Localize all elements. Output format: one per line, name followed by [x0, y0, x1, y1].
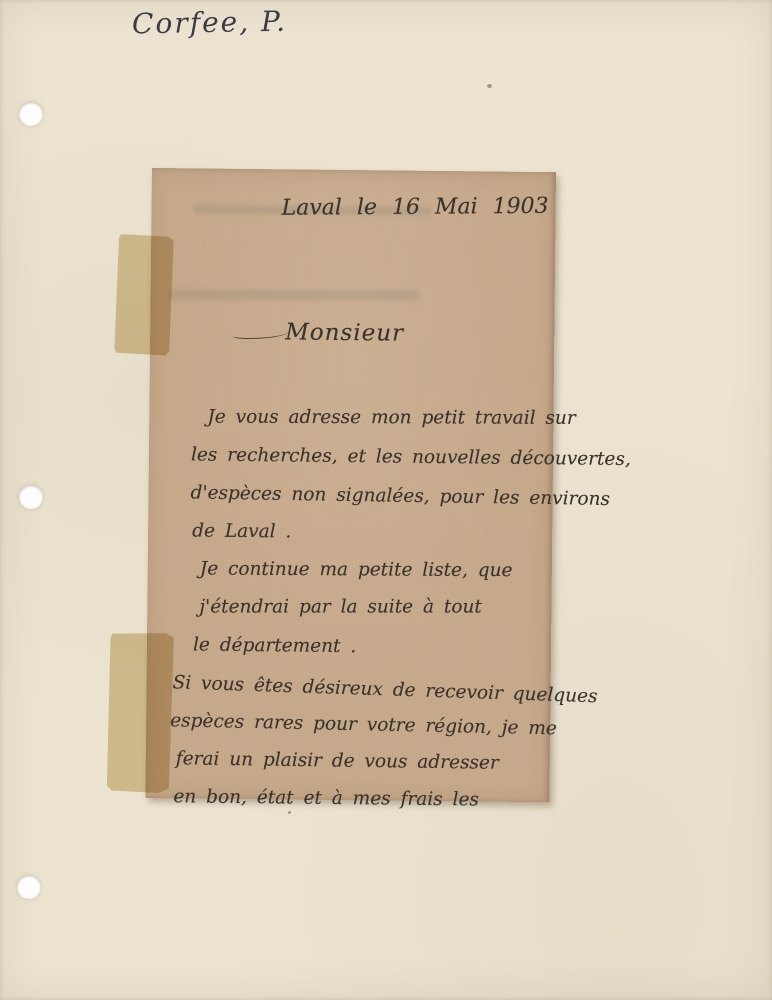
- scanned-page: Corfee, P. Laval le 16 Mai 1903 Monsieur…: [0, 0, 772, 1000]
- paper-speck: [487, 84, 492, 88]
- letter-line: Je vous adresse mon petit travail sur: [207, 399, 553, 438]
- letter-line: le département .: [193, 626, 551, 668]
- letter-line: j'étendrai par la suite à tout: [199, 589, 551, 627]
- letter-line: ferai un plaisir de vous adresser: [176, 740, 550, 783]
- letter-salutation: Monsieur: [285, 319, 404, 346]
- tape-strip-top: [114, 234, 174, 356]
- letter-line: d'espèces non signalées, pour les enviro…: [190, 474, 553, 518]
- letter-paper: Laval le 16 Mai 1903 Monsieur Je vous ad…: [145, 168, 556, 802]
- album-page: Corfee, P. Laval le 16 Mai 1903 Monsieur…: [0, 0, 772, 1000]
- punch-hole-middle: [19, 485, 43, 509]
- tape-strip-bottom: [107, 632, 174, 793]
- letter-line: les recherches, et les nouvelles découve…: [191, 436, 553, 478]
- letter-line: Je continue ma petite liste, que: [200, 551, 552, 591]
- letter-line: en bon, état et à mes frais les: [173, 778, 549, 820]
- letter-line: de Laval .: [192, 512, 552, 554]
- letter-salutation-row: Monsieur: [232, 319, 404, 347]
- punch-hole-bottom: [17, 875, 41, 899]
- punch-hole-top: [19, 102, 43, 126]
- flourish-line: [232, 327, 290, 340]
- letter-body: Je vous adresse mon petit travail sur le…: [145, 398, 553, 820]
- archival-label: Corfee, P.: [132, 5, 288, 41]
- letter-dateline: Laval le 16 Mai 1903: [282, 194, 549, 221]
- faded-text-smudge: [169, 289, 419, 300]
